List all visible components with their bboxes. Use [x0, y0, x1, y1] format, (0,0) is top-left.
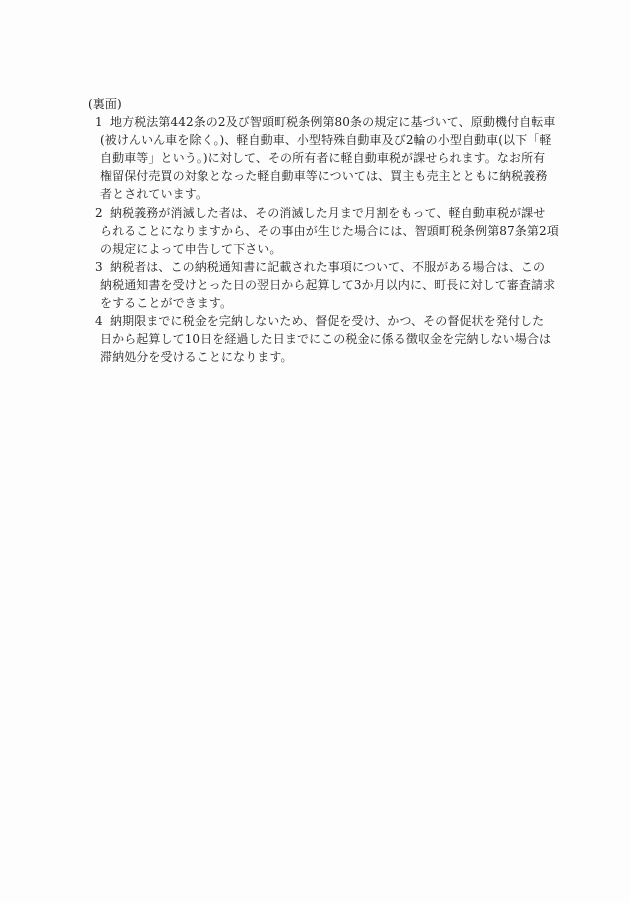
item-1-line-4: 者とされています。 [0, 185, 630, 203]
item-4-line-0: 納期限までに税金を完納しないため、督促を受け、かつ、その督促状を発付した [110, 314, 544, 328]
item-4-line-1: 日から起算して10日を経過した日までにこの税金に係る徴収金を完納しない場合は [0, 330, 630, 348]
item-1-number: 1 [95, 113, 110, 131]
item-1-line-1: (被けんいん車を除く。)、軽自動車、小型特殊自動車及び2輪の小型自動車(以下「軽 [0, 131, 630, 149]
item-3-line-2: をすることができます。 [0, 294, 630, 312]
item-3-first-line: 3納税者は、この納税通知書に記載された事項について、不服がある場合は、この [0, 258, 630, 276]
backside-label: (裏面) [0, 95, 630, 113]
item-1-first-line: 1地方税法第442条の2及び智頭町税条例第80条の規定に基づいて、原動機付自転車 [0, 113, 630, 131]
item-3-number: 3 [95, 258, 110, 276]
item-1-line-0: 地方税法第442条の2及び智頭町税条例第80条の規定に基づいて、原動機付自転車 [110, 115, 555, 129]
item-2-line-0: 納税義務が消滅した者は、その消滅した月まで月割をもって、軽自動車税が課せ [110, 206, 545, 220]
item-4-first-line: 4納期限までに税金を完納しないため、督促を受け、かつ、その督促状を発付した [0, 312, 630, 330]
item-1-line-2: 自動車等」という。)に対して、その所有者に軽自動車税が課せられます。なお所有 [0, 149, 630, 167]
item-2-line-2: の規定によって申告して下さい。 [0, 240, 630, 258]
item-1-line-3: 権留保付売買の対象となった軽自動車等については、買主も売主とともに納税義務 [0, 167, 630, 185]
notice-backside-document: (裏面) 1地方税法第442条の2及び智頭町税条例第80条の規定に基づいて、原動… [0, 95, 630, 366]
item-3-line-1: 納税通知書を受けとった日の翌日から起算して3か月以内に、町長に対して審査請求 [0, 276, 630, 294]
item-3-line-0: 納税者は、この納税通知書に記載された事項について、不服がある場合は、この [110, 260, 545, 274]
item-4-line-2: 滞納処分を受けることになります。 [0, 348, 630, 366]
item-2-number: 2 [95, 204, 110, 222]
item-4-number: 4 [95, 312, 110, 330]
item-2-line-1: られることになりますから、その事由が生じた場合には、智頭町税条例第87条第2項 [0, 222, 630, 240]
item-2-first-line: 2納税義務が消滅した者は、その消滅した月まで月割をもって、軽自動車税が課せ [0, 204, 630, 222]
